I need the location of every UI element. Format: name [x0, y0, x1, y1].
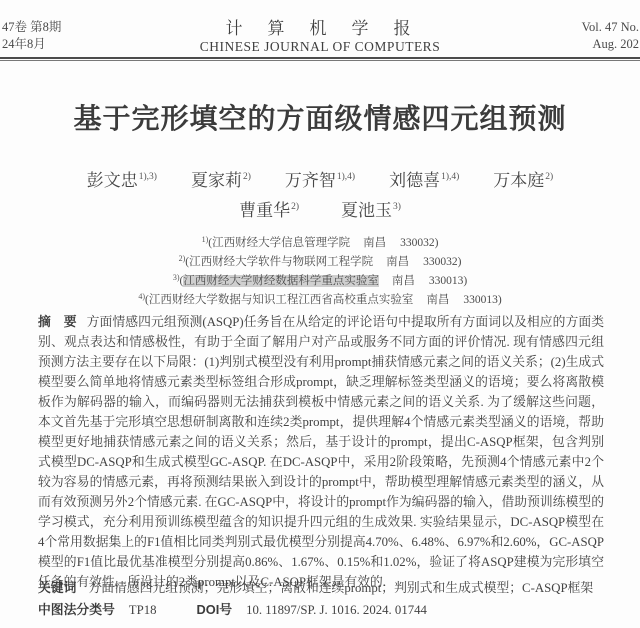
author: 夏池玉3): [341, 196, 401, 221]
journal-header: 47卷 第8期 24年8月 计 算 机 学 报 CHINESE JOURNAL …: [0, 19, 640, 57]
abstract-label: 摘 要: [38, 314, 77, 329]
affil-institution-highlighted: 江西财经大学财经数据科学重点实验室: [183, 275, 379, 287]
keywords: 关键词方面情感四元组预测；完形填空；离散和连续prompt；判别式和生成式模型；…: [38, 579, 604, 597]
paper-title: 基于完形填空的方面级情感四元组预测: [0, 97, 640, 137]
authors-row-1: 彭文忠1),3) 夏家莉2) 万齐智1),4) 刘德喜1),4) 万本庭2): [0, 166, 640, 191]
doi-label: DOI号: [197, 602, 233, 617]
authors-row-2: 曹重华2) 夏池玉3): [0, 196, 640, 221]
author: 万齐智1),4): [285, 166, 355, 191]
author-affil-sup: 1),3): [139, 172, 157, 182]
author-affil-sup: 2): [291, 202, 299, 212]
keywords-label: 关键词: [38, 580, 76, 595]
affiliation-line: 2)(江西财经大学软件与物联网工程学院南昌330032): [0, 251, 640, 270]
author: 刘德喜1),4): [389, 166, 459, 191]
affil-city: 南昌: [426, 294, 449, 306]
keywords-text: 方面情感四元组预测；完形填空；离散和连续prompt；判别式和生成式模型；C-A…: [88, 581, 593, 595]
volume-info: Vol. 47 No. Aug. 202: [582, 19, 639, 53]
affil-city: 南昌: [363, 237, 386, 249]
journal-name-cn: 计 算 机 学 报: [0, 19, 640, 38]
abstract: 摘 要方面情感四元组预测(ASQP)任务旨在从给定的评论语句中提取所有方面词以及…: [38, 312, 604, 592]
header-divider: [0, 57, 640, 61]
issue-date-en: Aug. 202: [582, 36, 639, 53]
journal-name: 计 算 机 学 报 CHINESE JOURNAL OF COMPUTERS: [0, 19, 640, 56]
affil-postcode: 330013): [463, 294, 501, 306]
author: 彭文忠1),3): [87, 166, 157, 191]
affiliations: 1)(江西财经大学信息管理学院南昌330032) 2)(江西财经大学软件与物联网…: [0, 232, 640, 308]
doi-value: 10. 11897/SP. J. 1016. 2024. 01744: [246, 603, 427, 617]
affil-institution: 江西财经大学数据与知识工程江西省高校重点实验室: [149, 294, 414, 306]
clc-label: 中图法分类号: [38, 602, 115, 617]
author-name: 刘德喜: [389, 171, 440, 190]
author-affil-sup: 1),4): [337, 172, 355, 182]
affiliation-line: 4)(江西财经大学数据与知识工程江西省高校重点实验室南昌330013): [0, 289, 640, 308]
affiliation-line: 1)(江西财经大学信息管理学院南昌330032): [0, 232, 640, 251]
author-name: 夏家莉: [191, 171, 242, 190]
author: 曹重华2): [239, 196, 299, 221]
author-affil-sup: 3): [393, 202, 401, 212]
author-affil-sup: 2): [243, 172, 251, 182]
affil-postcode: 330032): [423, 256, 461, 268]
author-name: 彭文忠: [87, 171, 138, 190]
author-name: 万本庭: [493, 171, 544, 190]
paper-page: 47卷 第8期 24年8月 计 算 机 学 报 CHINESE JOURNAL …: [0, 0, 640, 628]
author-affil-sup: 2): [545, 172, 553, 182]
classification-line: 中图法分类号TP18DOI号10. 11897/SP. J. 1016. 202…: [38, 601, 604, 619]
author: 万本庭2): [493, 166, 553, 191]
clc-value: TP18: [129, 603, 157, 617]
journal-name-en: CHINESE JOURNAL OF COMPUTERS: [0, 38, 640, 56]
author-affil-sup: 1),4): [441, 172, 459, 182]
affiliation-line: 3)(江西财经大学财经数据科学重点实验室南昌330013): [0, 270, 640, 289]
volume-number: Vol. 47 No.: [582, 19, 639, 36]
affil-city: 南昌: [386, 256, 409, 268]
affil-institution: 江西财经大学软件与物联网工程学院: [189, 256, 373, 268]
affil-postcode: 330032): [400, 237, 438, 249]
affil-postcode: 330013): [429, 275, 467, 287]
affil-city: 南昌: [392, 275, 415, 287]
author: 夏家莉2): [191, 166, 251, 191]
author-name: 曹重华: [239, 201, 290, 220]
affil-sup: 4): [138, 292, 145, 301]
affil-institution: 江西财经大学信息管理学院: [212, 237, 350, 249]
author-name: 夏池玉: [341, 201, 392, 220]
abstract-text: 方面情感四元组预测(ASQP)任务旨在从给定的评论语句中提取所有方面词以及相应的…: [38, 315, 604, 589]
author-name: 万齐智: [285, 171, 336, 190]
